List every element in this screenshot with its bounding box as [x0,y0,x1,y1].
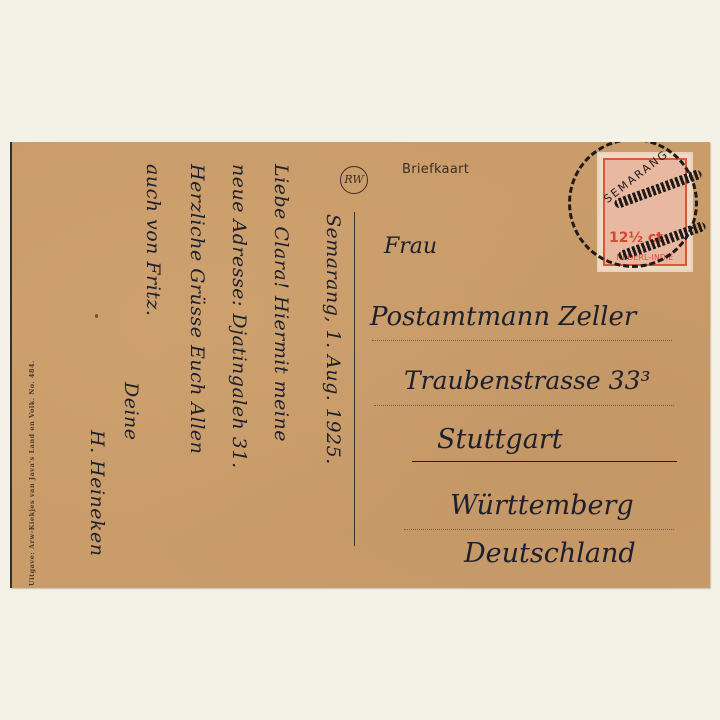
address-dotted-line [372,340,672,341]
message-address-divider [354,212,355,546]
message-line: Semarang, 1. Aug. 1925. [322,214,344,465]
address-city: Stuttgart [437,424,563,455]
message-signature: H. Heineken [86,430,108,557]
message-line: auch von Fritz. [142,164,164,316]
message-line: neue Adresse: Djatingaleh 31. [228,164,250,469]
publisher-line: Uitgave: Arw-Kiekjes van Java's Land en … [28,360,36,586]
message-line: Deine [120,382,142,441]
address-region: Württemberg [450,490,634,521]
card-title: Briefkaart [402,162,469,177]
address-name: Postamtmann Zeller [370,302,636,332]
postcard-viewer: Uitgave: Arw-Kiekjes van Java's Land en … [0,0,720,720]
address-dotted-line [374,405,674,406]
publisher-logo-icon: RW [340,166,368,194]
address-country: Deutschland [464,538,636,569]
message-line: Herzliche Grüsse Euch Allen [186,164,208,454]
message-line: Liebe Clara! Hiermit meine [270,164,292,442]
address-city-underline [412,461,677,462]
address-dotted-line [404,529,674,530]
address-salutation: Frau [384,234,437,259]
postcard: Uitgave: Arw-Kiekjes van Java's Land en … [10,142,710,588]
address-street: Traubenstrasse 33³ [404,366,651,395]
ink-spot [95,314,98,318]
